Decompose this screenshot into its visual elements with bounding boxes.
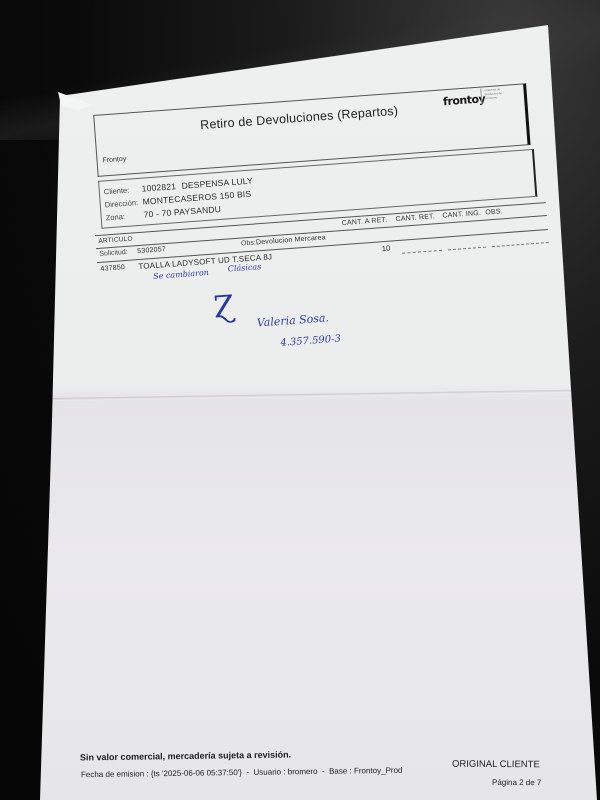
handwritten-name: Valeria Sosa. (256, 311, 329, 329)
handwritten-note: Se cambiaron (153, 268, 209, 281)
qty-entered-blank (448, 247, 486, 251)
request-number: 5302057 (137, 246, 166, 255)
obs-label: Obs: (241, 239, 256, 247)
handwritten-note-2: Clásicas (228, 262, 262, 273)
qty-returned-blank (402, 250, 442, 254)
document-content: Retiro de Devoluciones (Repartos) fronto… (78, 37, 600, 770)
item-code: 437850 (100, 264, 125, 273)
table-row: 437850 TOALLA LADYSOFT UD T.SECA 8J 10 (78, 37, 557, 72)
column-header-qty-returned: CANT. RET. (395, 213, 435, 223)
request-label: Solicitud: (99, 249, 128, 258)
column-header-obs: OBS. (485, 208, 503, 216)
handwritten-id: 4.357.590-3 (280, 333, 341, 348)
logo-tagline: empresa de productos de consumo (480, 86, 513, 104)
item-qty-to-return: 10 (381, 244, 390, 254)
copy-type: ORIGINAL CLIENTE (452, 759, 540, 771)
zone-label: Zona: (105, 212, 125, 222)
page-number: Página 2 de 7 (492, 778, 541, 787)
column-header-article: ARTICULO (98, 235, 133, 244)
column-header-qty-to-return: CANT. A RET. (342, 217, 388, 227)
client-label: Cliente: (104, 186, 130, 197)
signature: Ɀ (212, 289, 235, 325)
column-header-qty-entered: CANT. ING. (442, 210, 481, 220)
obs-blank (492, 242, 549, 247)
